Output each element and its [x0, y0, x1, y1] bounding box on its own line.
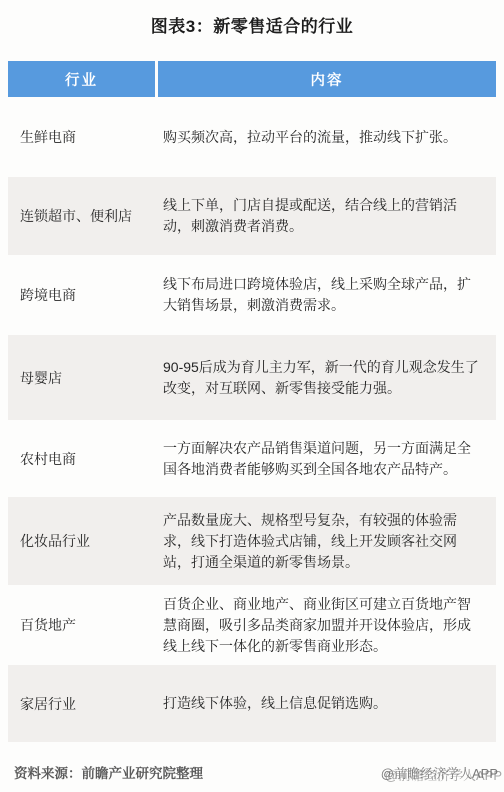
figure-page: 图表3：新零售适合的行业 行业 内容 生鲜电商 购买频次高，拉动平台的流量，推动…: [0, 0, 504, 792]
watermark-text-overlap: @前瞻经济学人APP: [385, 765, 502, 784]
table-row: 家居行业 打造线下体验，线上信息促销选购。: [8, 665, 496, 742]
table-row: 化妆品行业 产品数量庞大、规格型号复杂，有较强的体验需求，线下打造体验式店铺，线…: [8, 497, 496, 585]
content-cell: 线下布局进口跨境体验店，线上采购全球产品，扩大销售场景，刺激消费需求。: [155, 274, 496, 316]
industry-cell: 母婴店: [8, 368, 155, 388]
source-note: 资料来源：前瞻产业研究院整理: [14, 762, 203, 782]
industry-cell: 跨境电商: [8, 285, 155, 305]
header-cell-industry: 行业: [8, 61, 155, 97]
figure-footer: 资料来源：前瞻产业研究院整理 @前瞻经济学人APP @前瞻经济学人APP: [0, 762, 504, 782]
content-cell: 90-95后成为育儿主力军，新一代的育儿观念发生了改变，对互联网、新零售接受能力…: [155, 357, 496, 399]
table-row: 母婴店 90-95后成为育儿主力军，新一代的育儿观念发生了改变，对互联网、新零售…: [8, 335, 496, 420]
content-cell: 线上下单，门店自提或配送，结合线上的营销活动，刺激消费者消费。: [155, 195, 496, 237]
table-header-row: 行业 内容: [8, 61, 496, 97]
industry-table: 行业 内容 生鲜电商 购买频次高，拉动平台的流量，推动线下扩张。 连锁超市、便利…: [8, 61, 496, 742]
table-row: 连锁超市、便利店 线上下单，门店自提或配送，结合线上的营销活动，刺激消费者消费。: [8, 177, 496, 255]
content-cell: 购买频次高，拉动平台的流量，推动线下扩张。: [155, 127, 496, 148]
industry-cell: 连锁超市、便利店: [8, 206, 155, 226]
table-row: 百货地产 百货企业、商业地产、商业街区可建立百货地产智慧商圈，吸引多品类商家加盟…: [8, 585, 496, 665]
table-body: 生鲜电商 购买频次高，拉动平台的流量，推动线下扩张。 连锁超市、便利店 线上下单…: [8, 97, 496, 742]
industry-cell: 生鲜电商: [8, 127, 155, 147]
industry-cell: 农村电商: [8, 449, 155, 469]
industry-cell: 化妆品行业: [8, 531, 155, 551]
header-cell-content: 内容: [158, 61, 496, 97]
table-row: 农村电商 一方面解决农产品销售渠道问题，另一方面满足全国各地消费者能够购买到全国…: [8, 420, 496, 497]
content-cell: 一方面解决农产品销售渠道问题，另一方面满足全国各地消费者能够购买到全国各地农产品…: [155, 438, 496, 480]
content-cell: 产品数量庞大、规格型号复杂，有较强的体验需求，线下打造体验式店铺，线上开发顾客社…: [155, 510, 496, 573]
table-row: 生鲜电商 购买频次高，拉动平台的流量，推动线下扩张。: [8, 97, 496, 177]
watermark: @前瞻经济学人APP @前瞻经济学人APP: [381, 763, 498, 781]
industry-cell: 百货地产: [8, 615, 155, 635]
table-row: 跨境电商 线下布局进口跨境体验店，线上采购全球产品，扩大销售场景，刺激消费需求。: [8, 255, 496, 335]
figure-title: 图表3：新零售适合的行业: [0, 0, 504, 37]
industry-cell: 家居行业: [8, 694, 155, 714]
content-cell: 百货企业、商业地产、商业街区可建立百货地产智慧商圈，吸引多品类商家加盟并开设体验…: [155, 594, 496, 657]
content-cell: 打造线下体验，线上信息促销选购。: [155, 693, 496, 714]
